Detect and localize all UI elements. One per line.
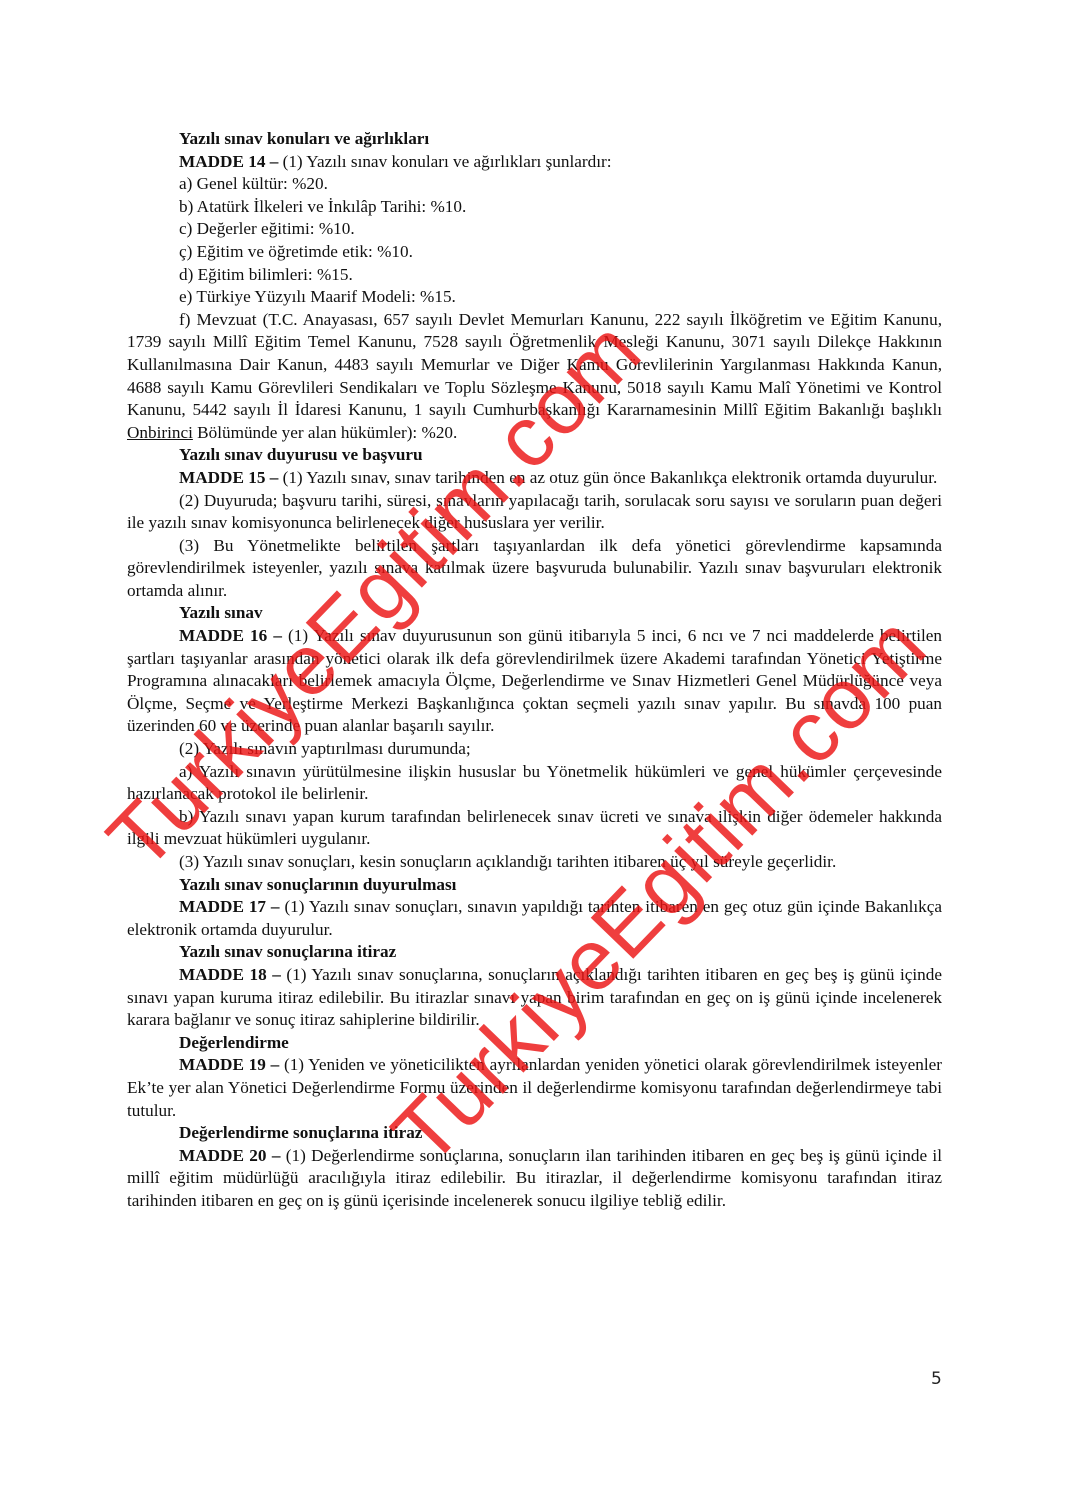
list-item: b) Atatürk İlkeleri ve İnkılâp Tarihi: %… bbox=[127, 196, 942, 219]
article-15-p2: (2) Duyuruda; başvuru tarihi, süresi, sı… bbox=[127, 490, 942, 535]
article-number: MADDE 17 – bbox=[179, 897, 280, 916]
list-item: c) Değerler eğitimi: %10. bbox=[127, 218, 942, 241]
article-17-p1: MADDE 17 – (1) Yazılı sınav sonuçları, s… bbox=[127, 896, 942, 941]
article-20-p1: MADDE 20 – (1) Değerlendirme sonuçlarına… bbox=[127, 1145, 942, 1213]
list-item-f-mevzuat: f) Mevzuat (T.C. Anayasası, 657 sayılı D… bbox=[127, 309, 942, 445]
section-heading-19: Değerlendirme bbox=[127, 1032, 942, 1055]
article-16-p2: (2) Yazılı sınavın yaptırılması durumund… bbox=[127, 738, 942, 761]
article-16-p2b: b) Yazılı sınavı yapan kurum tarafından … bbox=[127, 806, 942, 851]
document-page: Yazılı sınav konuları ve ağırlıkları MAD… bbox=[0, 0, 1068, 1510]
document-body: Yazılı sınav konuları ve ağırlıkları MAD… bbox=[127, 128, 942, 1213]
article-number: MADDE 16 – bbox=[179, 626, 282, 645]
section-heading-15: Yazılı sınav duyurusu ve başvuru bbox=[127, 444, 942, 467]
article-14-intro: MADDE 14 – (1) Yazılı sınav konuları ve … bbox=[127, 151, 942, 174]
section-heading-20: Değerlendirme sonuçlarına itiraz bbox=[127, 1122, 942, 1145]
section-heading-16: Yazılı sınav bbox=[127, 602, 942, 625]
article-18-p1: MADDE 18 – (1) Yazılı sınav sonuçlarına,… bbox=[127, 964, 942, 1032]
underlined-term: Onbirinci bbox=[127, 423, 193, 442]
article-15-p1: MADDE 15 – (1) Yazılı sınav, sınav tarih… bbox=[127, 467, 942, 490]
article-number: MADDE 14 – bbox=[179, 152, 278, 171]
list-item: ç) Eğitim ve öğretimde etik: %10. bbox=[127, 241, 942, 264]
article-number: MADDE 18 – bbox=[179, 965, 281, 984]
section-heading-14: Yazılı sınav konuları ve ağırlıkları bbox=[127, 128, 942, 151]
article-16-p3: (3) Yazılı sınav sonuçları, kesin sonuçl… bbox=[127, 851, 942, 874]
page-number: 5 bbox=[931, 1369, 942, 1389]
article-number: MADDE 19 – bbox=[179, 1055, 279, 1074]
article-number: MADDE 20 – bbox=[179, 1146, 280, 1165]
article-16-p2a: a) Yazılı sınavın yürütülmesine ilişkin … bbox=[127, 761, 942, 806]
article-number: MADDE 15 – bbox=[179, 468, 278, 487]
article-16-p1: MADDE 16 – (1) Yazılı sınav duyurusunun … bbox=[127, 625, 942, 738]
list-item: e) Türkiye Yüzyılı Maarif Modeli: %15. bbox=[127, 286, 942, 309]
list-item: d) Eğitim bilimleri: %15. bbox=[127, 264, 942, 287]
article-15-p3: (3) Bu Yönetmelikte belirtilen şartları … bbox=[127, 535, 942, 603]
section-heading-18: Yazılı sınav sonuçlarına itiraz bbox=[127, 941, 942, 964]
list-item: a) Genel kültür: %20. bbox=[127, 173, 942, 196]
section-heading-17: Yazılı sınav sonuçlarının duyurulması bbox=[127, 874, 942, 897]
article-19-p1: MADDE 19 – (1) Yeniden ve yöneticilikten… bbox=[127, 1054, 942, 1122]
